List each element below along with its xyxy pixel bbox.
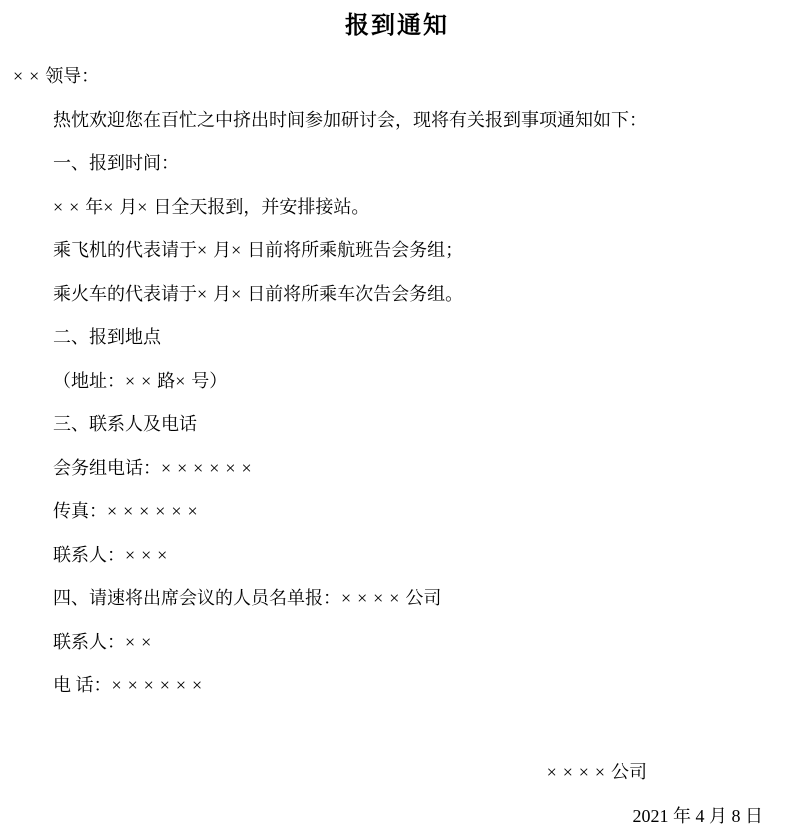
signature-date: 2021 年 4 月 8 日 [0, 795, 794, 839]
intro-paragraph: 热忱欢迎您在百忙之中挤出时间参加研讨会，现将有关报到事项通知如下： [0, 99, 794, 143]
document-body: ××领导： 热忱欢迎您在百忙之中挤出时间参加研讨会，现将有关报到事项通知如下： … [0, 55, 794, 838]
section-1-heading: 一、报到时间： [0, 142, 794, 186]
conference-group-phone-line: 会务组电话：×××××× [0, 447, 794, 491]
section-4-heading: 四、请速将出席会议的人员名单报：××××公司 [0, 577, 794, 621]
address-line: （地址：××路×号） [0, 360, 794, 404]
flight-info-line: 乘飞机的代表请于×月×日前将所乘航班告会务组； [0, 229, 794, 273]
contact-person-line: 联系人：××× [0, 534, 794, 578]
train-info-line: 乘火车的代表请于×月×日前将所乘车次告会务组。 [0, 273, 794, 317]
report-time-line: ××年×月×日全天报到，并安排接站。 [0, 186, 794, 230]
blank-line [0, 708, 794, 752]
page-title: 报到通知 [0, 8, 794, 44]
contact-person-line-2: 联系人：×× [0, 621, 794, 665]
notice-document-page: 报到通知 ××领导： 热忱欢迎您在百忙之中挤出时间参加研讨会，现将有关报到事项通… [0, 0, 794, 839]
phone-line: 电 话：×××××× [0, 664, 794, 708]
signature-company: ××××公司 [0, 751, 794, 795]
fax-line: 传真：×××××× [0, 490, 794, 534]
section-2-heading: 二、报到地点 [0, 316, 794, 360]
section-3-heading: 三、联系人及电话 [0, 403, 794, 447]
salutation-line: ××领导： [0, 55, 794, 99]
